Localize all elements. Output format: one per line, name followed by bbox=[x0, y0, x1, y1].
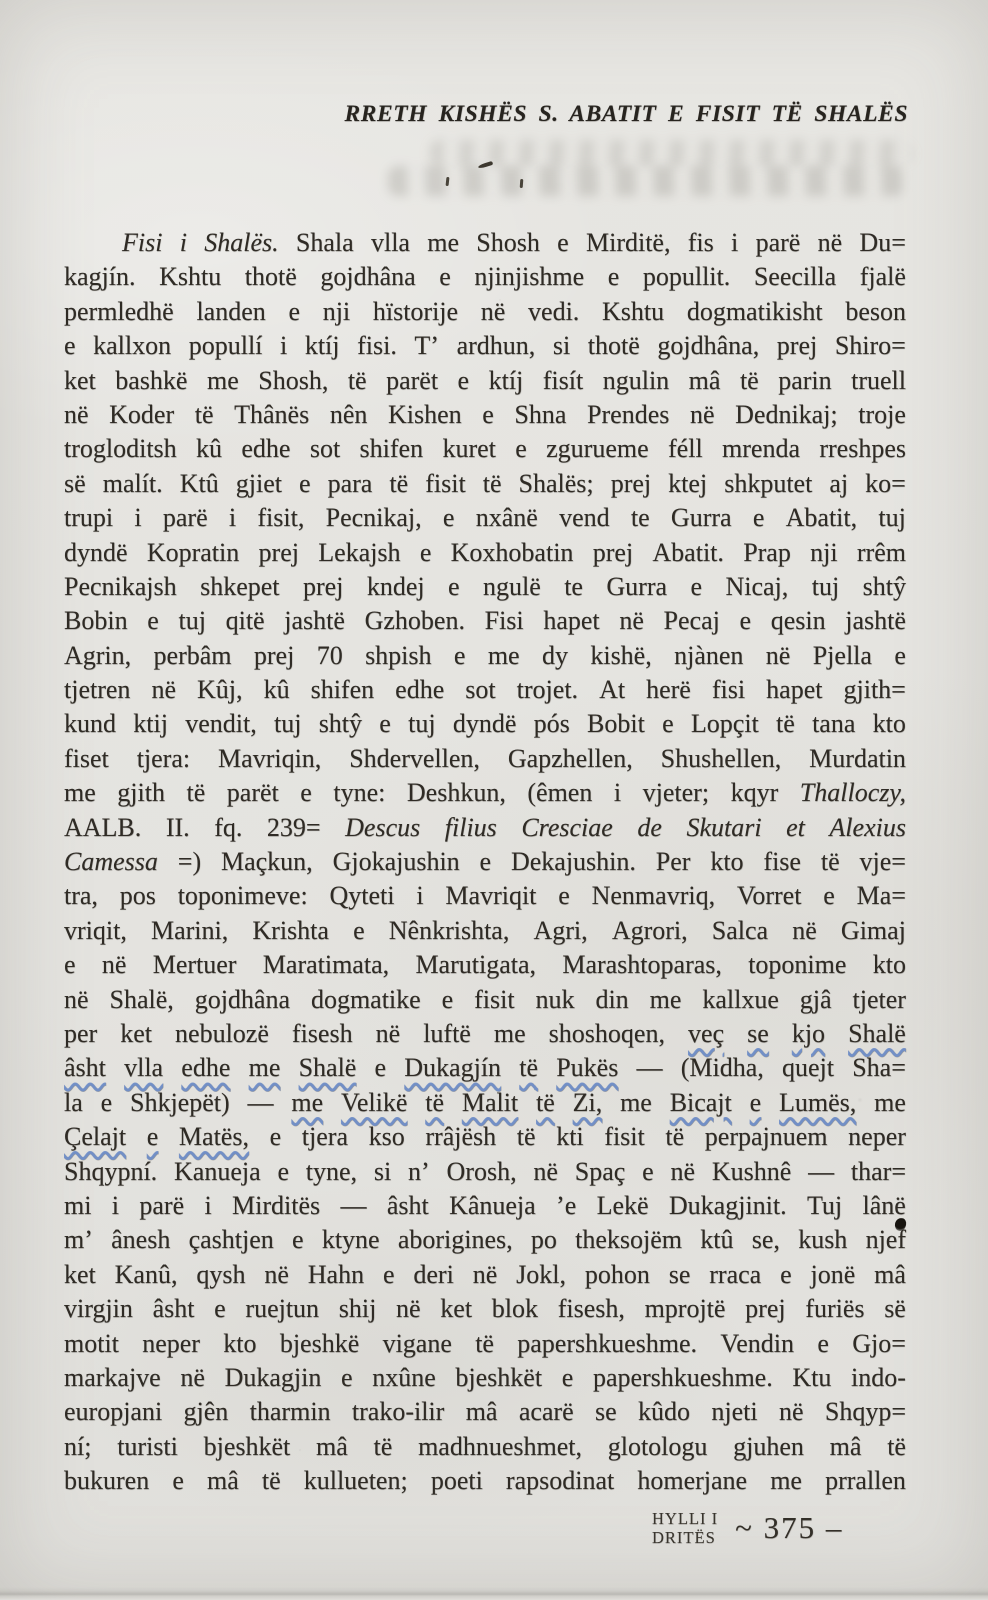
word: fjalë bbox=[860, 260, 906, 294]
word: i bbox=[614, 776, 621, 810]
word: i bbox=[280, 329, 287, 363]
word: virgjin bbox=[64, 1292, 133, 1326]
word: Kshtu bbox=[602, 295, 664, 329]
word: vje= bbox=[859, 845, 905, 879]
text-line: virgjinâshteruejtunshijnëketblokfisesh,m… bbox=[64, 1292, 906, 1326]
word: Matës, bbox=[179, 1120, 249, 1154]
word: fisi bbox=[712, 673, 745, 707]
word: tharmin bbox=[250, 1395, 331, 1429]
word: Gimaj bbox=[841, 914, 906, 948]
word: prej bbox=[303, 570, 343, 604]
word: prej bbox=[593, 536, 633, 570]
word: dyndë bbox=[64, 536, 128, 570]
word: âsht bbox=[153, 1292, 195, 1326]
word: e bbox=[662, 707, 674, 741]
word: acarë bbox=[519, 1395, 574, 1429]
word: në bbox=[376, 1017, 401, 1051]
word: Shalës. bbox=[204, 226, 278, 260]
word: rapsodinat bbox=[506, 1464, 614, 1498]
word: edhe bbox=[241, 432, 290, 466]
word: markajve bbox=[64, 1361, 161, 1395]
word: Gapzhellen, bbox=[508, 742, 633, 776]
word: Mavriqin, bbox=[218, 742, 321, 776]
word: ktij bbox=[133, 707, 168, 741]
word: të bbox=[776, 707, 795, 741]
word: Shdervellen, bbox=[349, 742, 480, 776]
word: Salca bbox=[712, 914, 768, 948]
text-line: perketnebulozëfiseshnëluftëmeshoshoqen,v… bbox=[64, 1017, 906, 1051]
word: Tuj bbox=[807, 1189, 842, 1223]
word: dyndë bbox=[453, 707, 517, 741]
word: e bbox=[823, 879, 835, 913]
word: e bbox=[383, 1258, 395, 1292]
word: me bbox=[291, 1086, 323, 1120]
word: kallxue bbox=[702, 983, 779, 1017]
word: Shalë bbox=[299, 1051, 357, 1085]
word: i bbox=[180, 226, 187, 260]
word: të bbox=[425, 1086, 444, 1120]
word: mâ bbox=[466, 1395, 498, 1429]
word: kûdo bbox=[638, 1395, 690, 1429]
text-line: Shqypní.Kanuejaetyne,sin’Orosh,nëSpaçenë… bbox=[64, 1155, 906, 1189]
word: fisit, bbox=[257, 501, 304, 535]
word: Kanueja bbox=[174, 1155, 261, 1189]
text-line: nëKodertëThânësnênKisheneShnaPrendesnëDe… bbox=[64, 398, 906, 432]
word: hïstorije bbox=[373, 295, 458, 329]
word: bukuren bbox=[64, 1464, 149, 1498]
word: Prap bbox=[743, 536, 791, 570]
word: po bbox=[531, 1223, 557, 1257]
word: së bbox=[884, 1292, 906, 1326]
word: para bbox=[328, 467, 373, 501]
stray-ink-mark bbox=[520, 179, 524, 188]
word: fisi. bbox=[357, 329, 397, 363]
word: e bbox=[353, 914, 365, 948]
word: Malit bbox=[462, 1086, 518, 1120]
text-line: nëShalë,gojdhânadogmatikeefisitnukdinmek… bbox=[64, 983, 906, 1017]
word: me bbox=[249, 1051, 281, 1085]
word: Gurra bbox=[606, 570, 667, 604]
word: gojdhâna bbox=[195, 983, 290, 1017]
word: toponime bbox=[748, 948, 846, 982]
word: së bbox=[64, 467, 86, 501]
word: çashtjen bbox=[189, 1223, 274, 1257]
word: Thalloczy, bbox=[800, 776, 906, 810]
running-header: RRETH KISHËS S. ABATIT E FISIT TË SHALËS bbox=[0, 101, 908, 128]
word: të bbox=[887, 1430, 906, 1464]
word: gjith= bbox=[844, 673, 906, 707]
journal-name-line1: HYLLI I bbox=[652, 1509, 718, 1529]
word: të bbox=[475, 1327, 494, 1361]
word: kto bbox=[873, 948, 906, 982]
word: Pecnikaj, bbox=[326, 501, 422, 535]
word: të bbox=[389, 467, 408, 501]
word: glotologu bbox=[608, 1430, 708, 1464]
word: shifen bbox=[311, 673, 375, 707]
word: e bbox=[379, 707, 391, 741]
word: ktíj bbox=[489, 364, 524, 398]
word: e bbox=[558, 879, 570, 913]
word: fis bbox=[688, 226, 714, 260]
word: gjith bbox=[117, 776, 165, 810]
word: vriqit, bbox=[64, 914, 127, 948]
word: fisesh bbox=[292, 1017, 353, 1051]
word: parin bbox=[778, 364, 831, 398]
word: shtŷ bbox=[863, 570, 906, 604]
word: prej bbox=[259, 536, 299, 570]
word: Dukagjín bbox=[404, 1051, 501, 1085]
word: shifen bbox=[360, 432, 424, 466]
word: i bbox=[731, 226, 738, 260]
word: ko= bbox=[865, 467, 906, 501]
scan-edge bbox=[0, 1587, 988, 1600]
word: tjera: bbox=[137, 742, 190, 776]
word: Qyteti bbox=[330, 879, 395, 913]
word: Pecnikajsh bbox=[64, 570, 177, 604]
word: Deshkun, bbox=[407, 776, 506, 810]
text-line: miiparëiMirditës—âshtKânueja’eLekëDukagj… bbox=[64, 1189, 906, 1223]
word: parë bbox=[163, 501, 208, 535]
word: Nicaj, bbox=[725, 570, 788, 604]
word: dy bbox=[542, 639, 568, 673]
text-line: ÇelajteMatës,etjeraksorrâjështëktifisitt… bbox=[64, 1120, 906, 1154]
word: parë bbox=[139, 1189, 184, 1223]
word: Shna bbox=[514, 398, 566, 432]
text-line: vriqit,Marini,KrishtaeNênkrishta,Agri,Ag… bbox=[64, 914, 906, 948]
word: thotë bbox=[245, 260, 297, 294]
word: e bbox=[420, 536, 432, 570]
word: Mertuer bbox=[153, 948, 237, 982]
word: Shosh, bbox=[258, 364, 328, 398]
word: i bbox=[204, 1189, 211, 1223]
word: aj bbox=[829, 467, 848, 501]
word: e bbox=[608, 260, 620, 294]
word: 239= bbox=[267, 811, 321, 845]
word: Shkjepët) bbox=[130, 1086, 230, 1120]
word: tuj bbox=[812, 570, 839, 604]
word: (Midha, bbox=[681, 1051, 764, 1085]
word: të bbox=[821, 845, 840, 879]
word: kto bbox=[223, 1327, 256, 1361]
word: ket bbox=[120, 1017, 152, 1051]
word: ânesh bbox=[111, 1223, 170, 1257]
word: vlla bbox=[124, 1051, 163, 1085]
word: me bbox=[620, 1086, 652, 1120]
word: e bbox=[817, 1327, 829, 1361]
word: të bbox=[483, 467, 502, 501]
word: se bbox=[595, 1395, 617, 1429]
word: din bbox=[595, 983, 628, 1017]
word: Shushellen, bbox=[661, 742, 782, 776]
word: vlla bbox=[371, 226, 410, 260]
word: Kushnê bbox=[712, 1155, 791, 1189]
word: nxûne bbox=[372, 1361, 436, 1395]
word: të bbox=[740, 364, 759, 398]
word: tyne, bbox=[306, 1155, 357, 1189]
word: Lumës, bbox=[779, 1086, 856, 1120]
word: tjetren bbox=[64, 673, 130, 707]
word: se bbox=[669, 1258, 691, 1292]
word: n’ bbox=[408, 1155, 430, 1189]
word: jashtë bbox=[284, 604, 345, 638]
word: gjên bbox=[184, 1395, 229, 1429]
word: vendit, bbox=[185, 707, 257, 741]
word: parët bbox=[386, 364, 438, 398]
word: parë bbox=[756, 226, 801, 260]
word: qitë bbox=[226, 604, 265, 638]
word: papershkueshme. bbox=[517, 1327, 697, 1361]
word: se bbox=[747, 1017, 769, 1051]
word: Shosh bbox=[476, 226, 540, 260]
word: e bbox=[439, 260, 451, 294]
word: e bbox=[101, 1086, 113, 1120]
word: kû bbox=[264, 673, 290, 707]
word: (êmen bbox=[527, 776, 592, 810]
word: shkputet bbox=[724, 467, 812, 501]
text-line: laeShkjepët)—meVelikëtëMalittëZi,meBicaj… bbox=[64, 1086, 906, 1120]
word: de bbox=[637, 811, 662, 845]
word: rraca bbox=[709, 1258, 761, 1292]
word: njeti bbox=[711, 1395, 757, 1429]
word: kjo bbox=[792, 1017, 825, 1051]
word: bjeshkët bbox=[204, 1430, 291, 1464]
word: Du= bbox=[859, 226, 905, 260]
word: perbâm bbox=[154, 639, 232, 673]
word: Gzhoben. bbox=[365, 604, 465, 638]
word: Shalë bbox=[848, 1017, 906, 1051]
word: Ktu bbox=[792, 1361, 831, 1395]
word: m’ bbox=[64, 1223, 93, 1257]
word: Marutigata, bbox=[415, 948, 536, 982]
word: mâ bbox=[830, 1430, 862, 1464]
word: ket bbox=[64, 364, 96, 398]
word: të bbox=[195, 398, 214, 432]
word: mrenda bbox=[722, 432, 800, 466]
word: =) bbox=[178, 845, 201, 879]
word: trogloditsh bbox=[64, 432, 177, 466]
word: tjera bbox=[302, 1120, 348, 1154]
word: pós bbox=[534, 707, 570, 741]
word: bashkë bbox=[115, 364, 187, 398]
word: Zi, bbox=[573, 1086, 603, 1120]
word: në bbox=[473, 1258, 498, 1292]
text-line: AALB.II.fq.239=DescusfiliusCresciaedeSku… bbox=[64, 811, 906, 845]
word: Per bbox=[656, 845, 691, 879]
word: et bbox=[786, 811, 805, 845]
word: në bbox=[151, 673, 176, 707]
word: Pjella bbox=[813, 639, 872, 673]
word: homerjane bbox=[637, 1464, 747, 1498]
text-line: trupiiparëifisit,Pecnikaj,enxânëvendteGu… bbox=[64, 501, 906, 535]
word: Marini, bbox=[151, 914, 228, 948]
word: Kshtu bbox=[159, 260, 221, 294]
word: me bbox=[427, 226, 459, 260]
word: Alexius bbox=[829, 811, 906, 845]
word: Seecilla bbox=[754, 260, 836, 294]
word: quejt bbox=[782, 1051, 834, 1085]
word: Nenmavriq, bbox=[592, 879, 715, 913]
word: e bbox=[375, 1051, 387, 1085]
word: gjuhen bbox=[733, 1430, 804, 1464]
word: fise bbox=[763, 845, 801, 879]
word: rrâjësh bbox=[425, 1120, 496, 1154]
word: Cresciae bbox=[521, 811, 612, 845]
word: Abatit, bbox=[786, 501, 858, 535]
word: Gjokajushin bbox=[333, 845, 460, 879]
word: gjiet bbox=[236, 467, 282, 501]
text-line: megjithtëparëtetyne:Deshkun,(êmenivjeter… bbox=[64, 776, 906, 810]
word: vedi. bbox=[528, 295, 579, 329]
word: Murdatin bbox=[809, 742, 906, 776]
word: të bbox=[536, 1086, 555, 1120]
word: kush bbox=[798, 1223, 847, 1257]
word: bjeshkë bbox=[280, 1327, 359, 1361]
word: në bbox=[102, 948, 127, 982]
word: të bbox=[517, 1120, 536, 1154]
word: e bbox=[458, 364, 470, 398]
word: ngulë bbox=[483, 570, 541, 604]
word: kto bbox=[710, 845, 743, 879]
word: ruejtun bbox=[245, 1292, 319, 1326]
word: perpajnuem bbox=[705, 1120, 828, 1154]
word: Kopratin bbox=[147, 536, 239, 570]
text-line: bukurenemâtëkullueten;poetirapsodinathom… bbox=[64, 1464, 906, 1498]
word: gojdhâna, bbox=[657, 329, 759, 363]
word: aborigines, bbox=[398, 1223, 513, 1257]
journal-name: HYLLI I DRITËS bbox=[652, 1509, 718, 1548]
word: në bbox=[619, 604, 644, 638]
word: gjâ bbox=[800, 983, 832, 1017]
word: në bbox=[670, 1155, 695, 1189]
word: e bbox=[894, 639, 906, 673]
word: II. bbox=[166, 811, 190, 845]
text-line: Agrin,perbâmprej70shpishemedykishë,njàne… bbox=[64, 639, 906, 673]
word: mâ bbox=[874, 1258, 906, 1292]
word: Dednikaj; bbox=[735, 398, 838, 432]
word: kullueten; bbox=[304, 1464, 408, 1498]
word: popullí bbox=[189, 329, 263, 363]
word: Koxhobatin bbox=[451, 536, 574, 570]
word: e bbox=[562, 1361, 574, 1395]
word: fisit bbox=[604, 1120, 644, 1154]
word: — bbox=[637, 1051, 663, 1085]
word: në bbox=[396, 1292, 421, 1326]
word: kû bbox=[196, 432, 222, 466]
word: e bbox=[64, 329, 76, 363]
word: kso bbox=[369, 1120, 405, 1154]
word: e bbox=[443, 501, 455, 535]
word: — bbox=[341, 1189, 367, 1223]
word: Bobit bbox=[587, 707, 645, 741]
word: e bbox=[214, 1292, 226, 1326]
word: Jokl, bbox=[516, 1258, 566, 1292]
word: Descus bbox=[345, 811, 420, 845]
word: filius bbox=[445, 811, 497, 845]
word: per bbox=[64, 1017, 97, 1051]
text-line: BobinetujqitëjashtëGzhoben.FisihapetnëPe… bbox=[64, 604, 906, 638]
word: Vendin bbox=[720, 1327, 794, 1361]
word: edhe bbox=[181, 1051, 230, 1085]
word: shoshoqen, bbox=[549, 1017, 665, 1051]
word: tuj bbox=[878, 501, 905, 535]
word: motit bbox=[64, 1327, 119, 1361]
word: i bbox=[112, 1189, 119, 1223]
word: sot bbox=[465, 673, 495, 707]
word: malít. bbox=[103, 467, 163, 501]
word: në bbox=[64, 983, 89, 1017]
word: Ktû bbox=[180, 467, 219, 501]
word: e bbox=[482, 398, 494, 432]
word: gojdhâna bbox=[320, 260, 415, 294]
word: beson bbox=[845, 295, 906, 329]
word: me bbox=[494, 1017, 526, 1051]
word: me bbox=[650, 983, 682, 1017]
word: e bbox=[277, 1155, 289, 1189]
word: me bbox=[874, 1086, 906, 1120]
word: ket bbox=[64, 1258, 96, 1292]
word: kqyr bbox=[731, 776, 779, 810]
word: Sha= bbox=[852, 1051, 906, 1085]
word: indo- bbox=[851, 1361, 906, 1395]
text-line: permledhëlandenenjihïstorijenëvedi.Kshtu… bbox=[64, 295, 906, 329]
word: Nênkrishta, bbox=[389, 914, 510, 948]
word: Mirditës bbox=[232, 1189, 320, 1223]
word: me bbox=[207, 364, 239, 398]
word: kishë, bbox=[590, 639, 651, 673]
word: fq. bbox=[214, 811, 242, 845]
word: shtŷ bbox=[319, 707, 362, 741]
word: e bbox=[299, 467, 311, 501]
word: e bbox=[740, 604, 752, 638]
word: Pukës bbox=[556, 1051, 618, 1085]
word: nji bbox=[810, 536, 837, 570]
word: luftë bbox=[423, 1017, 471, 1051]
word: deri bbox=[413, 1258, 453, 1292]
word: tra, bbox=[64, 879, 98, 913]
word: tjeter bbox=[853, 983, 906, 1017]
word: Vorret bbox=[737, 879, 802, 913]
word: e bbox=[172, 1464, 184, 1498]
word: kuret bbox=[442, 432, 495, 466]
word: Kânueja bbox=[449, 1189, 536, 1223]
word: veç bbox=[688, 1017, 724, 1051]
word: e bbox=[341, 1361, 353, 1395]
word: Kûj, bbox=[197, 673, 243, 707]
text-line: kundktijvendit,tujshtŷetujdyndëpósBobite… bbox=[64, 707, 906, 741]
text-line: europjanigjêntharmintrako-ilirmâacarësek… bbox=[64, 1395, 906, 1429]
word: e bbox=[557, 226, 569, 260]
word: âsht bbox=[387, 1189, 429, 1223]
text-line: FisiiShalës.ShalavllameShosheMirditë,fis… bbox=[64, 226, 906, 260]
body-text: FisiiShalës.ShalavllameShosheMirditë,fis… bbox=[64, 226, 906, 1498]
word: në bbox=[264, 1258, 289, 1292]
text-line: ketbashkëmeShosh,tëparëtektíjfisítngulin… bbox=[64, 364, 906, 398]
erased-text-smudge bbox=[388, 138, 912, 200]
word: la bbox=[64, 1086, 83, 1120]
word: te bbox=[631, 501, 650, 535]
word: Shqypní. bbox=[64, 1155, 157, 1189]
word: dogmatikisht bbox=[687, 295, 823, 329]
journal-name-line2: DRITËS bbox=[652, 1528, 718, 1548]
word: prrallen bbox=[825, 1464, 906, 1498]
word: tuj bbox=[274, 707, 301, 741]
word: kndej bbox=[367, 570, 425, 604]
word: prej bbox=[254, 639, 294, 673]
word: fisit bbox=[425, 467, 465, 501]
word: Fisi bbox=[122, 226, 162, 260]
word: e bbox=[750, 1086, 762, 1120]
word: kto bbox=[873, 707, 906, 741]
